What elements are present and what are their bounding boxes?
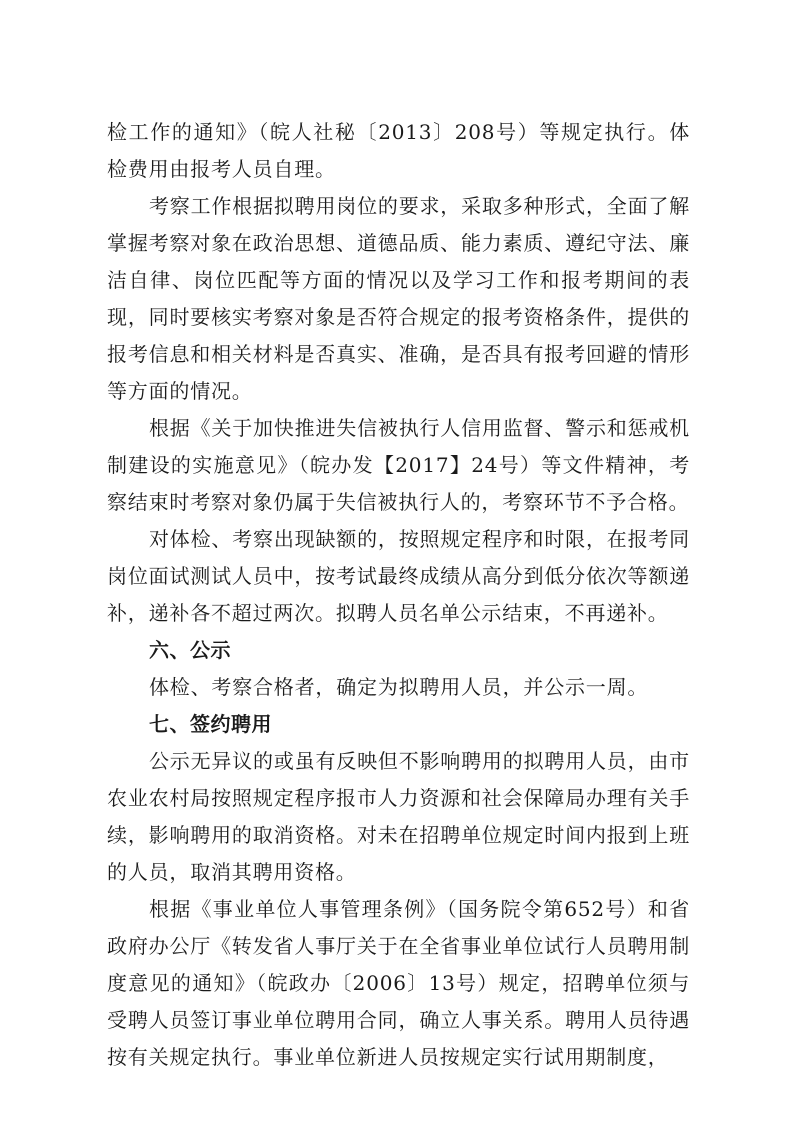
- section-heading-announcement: 六、公示: [107, 632, 690, 669]
- paragraph-contract-procedure: 公示无异议的或虽有反映但不影响聘用的拟聘用人员，由市农业农村局按照规定程序报市人…: [107, 743, 690, 891]
- paragraph-credit-policy: 根据《关于加快推进失信被执行人信用监督、警示和惩戒机制建设的实施意见》（皖办发【…: [107, 410, 690, 521]
- paragraph-regulations: 根据《事业单位人事管理条例》（国务院令第652号）和省政府办公厅《转发省人事厅关…: [107, 891, 690, 1076]
- paragraph-continuation: 检工作的通知》（皖人社秘〔2013〕208号）等规定执行。体检费用由报考人员自理…: [107, 114, 690, 188]
- section-heading-contract: 七、签约聘用: [107, 706, 690, 743]
- paragraph-announcement: 体检、考察合格者，确定为拟聘用人员，并公示一周。: [107, 669, 690, 706]
- document-page: 检工作的通知》（皖人社秘〔2013〕208号）等规定执行。体检费用由报考人员自理…: [107, 114, 690, 1076]
- paragraph-vacancy-supplement: 对体检、考察出现缺额的，按照规定程序和时限，在报考同岗位面试测试人员中，按考试最…: [107, 521, 690, 632]
- paragraph-inspection-requirements: 考察工作根据拟聘用岗位的要求，采取多种形式，全面了解掌握考察对象在政治思想、道德…: [107, 188, 690, 410]
